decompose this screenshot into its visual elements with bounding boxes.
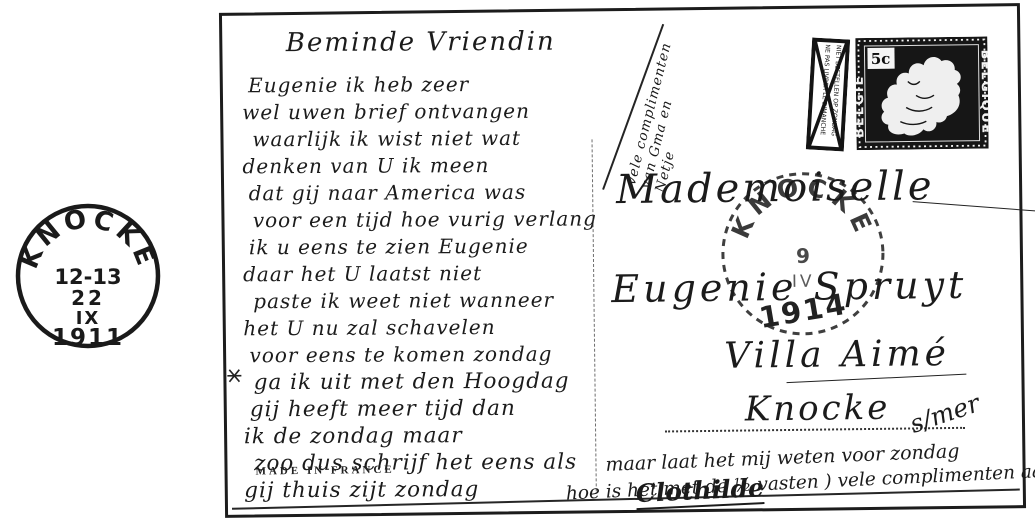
- message-line: dat gij naar America was: [249, 178, 619, 207]
- address-name: Eugenie Spruyt: [611, 263, 967, 311]
- postmark-year: 1911: [52, 325, 124, 351]
- message-line: paste ik weet niet wanneer: [253, 286, 619, 315]
- sunday-delivery-label: NE PAS LIVRER LE DIMANCHE NIET BESTELLEN…: [806, 37, 850, 151]
- stamp-country-left: BELGIE: [855, 75, 867, 139]
- message-line: wel uwen brief ontvangen: [242, 97, 618, 126]
- message-block: Beminde Vriendin Eugenie ik heb zeerwel …: [248, 26, 620, 504]
- address-town: Knocke: [745, 388, 891, 430]
- address-town-suffix: s/mer: [906, 388, 983, 438]
- svg-text:KNOCKE: KNOCKE: [14, 204, 161, 274]
- message-line: Eugenie ik heb zeer: [248, 70, 618, 99]
- signature: Clothilde: [635, 473, 765, 510]
- message-salutation: Beminde Vriendin: [248, 26, 618, 58]
- made-in-france-imprint: MADE IN FRANCE: [255, 464, 394, 478]
- message-line: ik de zondag maar: [244, 421, 620, 450]
- message-line: het U nu zal schavelen: [243, 313, 619, 342]
- postmark-day: 22: [71, 286, 105, 310]
- address-villa: Villa Aimé: [724, 333, 950, 377]
- pen-star-mark: [226, 368, 242, 384]
- stamp-country-right: BELGIQUE: [977, 49, 988, 134]
- postmark-town-arc: KNOCKE: [14, 204, 161, 274]
- message-line: ga ik uit met den Hoogdag: [254, 367, 620, 396]
- message-line: daar het U laatst niet: [243, 259, 619, 288]
- message-line: gij heeft meer tijd dan: [250, 394, 620, 423]
- belgium-lion-stamp: 5c BELGIQUE BELGIE: [855, 37, 988, 151]
- message-line: voor een tijd hoe vurig verlang: [253, 205, 619, 234]
- postcard: Beminde Vriendin Eugenie ik heb zeerwel …: [219, 3, 1026, 518]
- stamp-value: 5c: [871, 50, 891, 68]
- address-title: Mademoiselle: [616, 163, 935, 213]
- message-line: voor eens te komen zondag: [249, 340, 619, 369]
- postmark-knocke-1911: KNOCKE 12-13 22 IX 1911: [8, 196, 168, 356]
- message-line: denken van U ik meen: [242, 151, 618, 180]
- message-line: waarlijk ik wist niet wat: [252, 124, 618, 153]
- message-lines: Eugenie ik heb zeerwel uwen brief ontvan…: [248, 70, 620, 504]
- message-line: ik u eens te zien Eugenie: [249, 232, 619, 261]
